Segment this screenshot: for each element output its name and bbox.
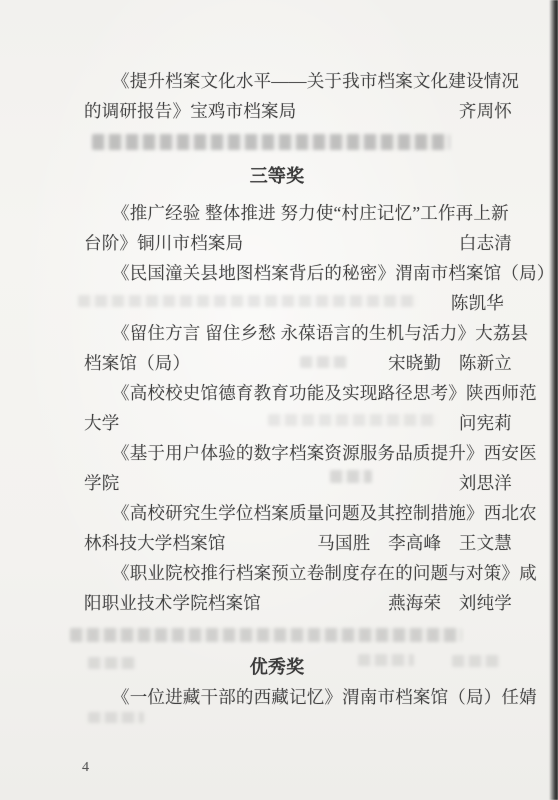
document-line: 陈凯华	[84, 288, 512, 318]
section-heading: 优秀奖	[84, 652, 470, 682]
document-line: 《留住方言 留住乡愁 永葆语言的生机与活力》大荔县	[84, 318, 512, 348]
document-line: 阳职业技术学院档案馆燕海荣 刘纯学	[84, 588, 512, 618]
document-line: 《提升档案文化水平——关于我市档案文化建设情况	[84, 66, 512, 96]
entry-text: 《推广经验 整体推进 努力使“村庄记忆”工作再上新	[112, 203, 509, 223]
entry-text: 大学	[84, 408, 119, 438]
author-names: 刘思洋	[459, 468, 512, 498]
entry-text: 陈凯华	[451, 293, 504, 313]
author-names: 白志清	[459, 228, 512, 258]
author-names: 齐周怀	[459, 96, 512, 126]
entry-text: 《提升档案文化水平——关于我市档案文化建设情况	[112, 71, 519, 91]
document-line: 《推广经验 整体推进 努力使“村庄记忆”工作再上新	[84, 198, 512, 228]
document-line: 的调研报告》宝鸡市档案局齐周怀	[84, 96, 512, 126]
document-line: 档案馆（局）宋晓勤 陈新立	[84, 348, 512, 378]
heading-text: 三等奖	[250, 166, 305, 186]
author-names: 马国胜 李高峰 王文慧	[317, 528, 512, 558]
entry-text: 《高校校史馆德育教育功能及实现路径思考》陕西师范	[112, 383, 537, 403]
document-line: 《高校研究生学位档案质量问题及其控制措施》西北农	[84, 498, 512, 528]
entry-text: 档案馆（局）	[84, 348, 190, 378]
document-line: 《一位进藏干部的西藏记忆》渭南市档案馆（局）任婧	[84, 682, 512, 712]
document-line: 大学问宪莉	[84, 408, 512, 438]
entry-text: 学院	[84, 468, 119, 498]
document-line: 学院刘思洋	[84, 468, 512, 498]
entry-text: 的调研报告》宝鸡市档案局	[84, 96, 296, 126]
entry-text: 《基于用户体验的数字档案资源服务品质提升》西安医	[112, 443, 537, 463]
entry-text: 《高校研究生学位档案质量问题及其控制措施》西北农	[112, 503, 537, 523]
entry-text: 阳职业技术学院档案馆	[84, 588, 261, 618]
document-line: 《高校校史馆德育教育功能及实现路径思考》陕西师范	[84, 378, 512, 408]
document-line: 《职业院校推行档案预立卷制度存在的问题与对策》咸	[84, 558, 512, 588]
scanned-document-page: 《提升档案文化水平——关于我市档案文化建设情况的调研报告》宝鸡市档案局齐周怀三等…	[0, 0, 558, 800]
bleedthrough-mark	[88, 712, 144, 723]
author-names: 宋晓勤 陈新立	[388, 348, 512, 378]
entry-text: 《留住方言 留住乡愁 永葆语言的生机与活力》大荔县	[112, 323, 528, 343]
entry-text: 《一位进藏干部的西藏记忆》渭南市档案馆（局）任婧	[112, 687, 537, 707]
author-names: 问宪莉	[459, 408, 512, 438]
heading-text: 优秀奖	[250, 657, 305, 677]
document-line: 林科技大学档案馆马国胜 李高峰 王文慧	[84, 528, 512, 558]
document-line: 《基于用户体验的数字档案资源服务品质提升》西安医	[84, 438, 512, 468]
page-number: 4	[82, 760, 89, 776]
scan-edge-shadow	[549, 0, 558, 800]
document-line: 《民国潼关县地图档案背后的秘密》渭南市档案馆（局）	[84, 258, 512, 288]
document-line: 台阶》铜川市档案局白志清	[84, 228, 512, 258]
section-heading: 三等奖	[84, 161, 470, 191]
entry-text: 《民国潼关县地图档案背后的秘密》渭南市档案馆（局）	[112, 263, 555, 283]
author-names: 燕海荣 刘纯学	[388, 588, 512, 618]
entry-text: 台阶》铜川市档案局	[84, 228, 243, 258]
entry-text: 《职业院校推行档案预立卷制度存在的问题与对策》咸	[112, 563, 537, 583]
entry-text: 林科技大学档案馆	[84, 528, 226, 558]
document-body: 《提升档案文化水平——关于我市档案文化建设情况的调研报告》宝鸡市档案局齐周怀三等…	[84, 66, 512, 712]
